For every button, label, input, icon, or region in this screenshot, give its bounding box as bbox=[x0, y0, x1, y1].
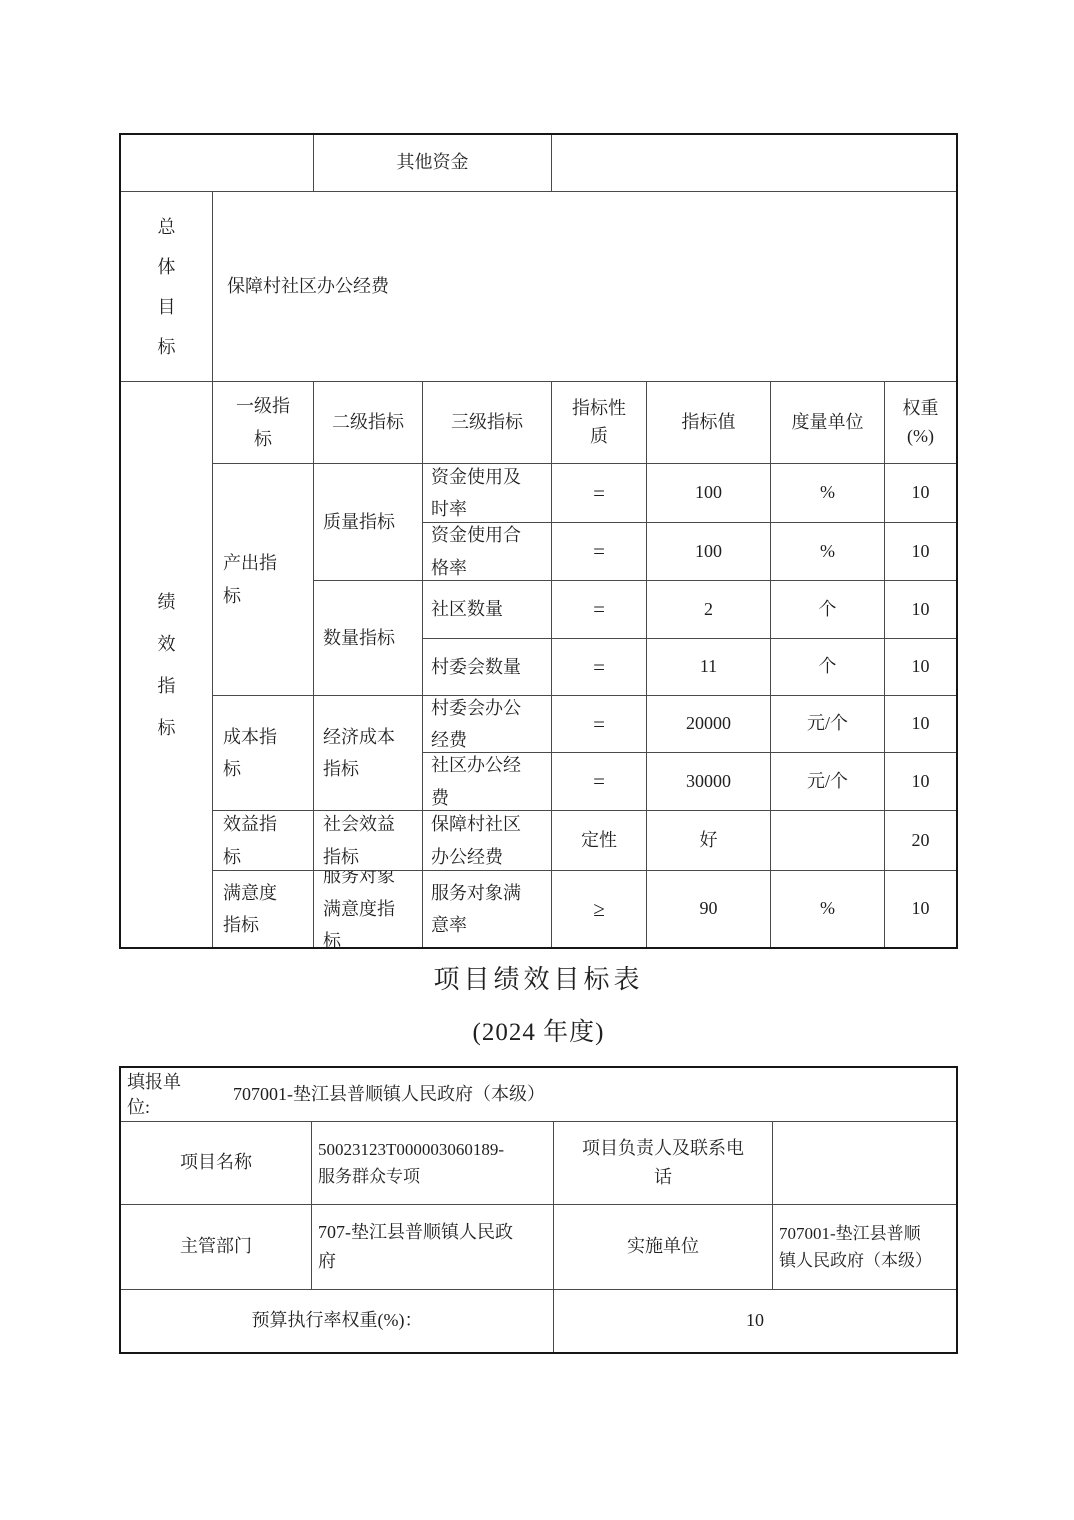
level2-quantity-indicator-cell: 数量指标 bbox=[314, 581, 423, 696]
filler-unit-value: 707001-垫江县普顺镇人民政府（本级） bbox=[233, 1081, 545, 1109]
filler-unit-label: 填报单位: bbox=[127, 1070, 189, 1119]
filler-unit-row: 填报单位: 707001-垫江县普顺镇人民政府（本级） bbox=[121, 1068, 956, 1122]
measure-unit-cell: % bbox=[771, 464, 885, 523]
indicator-name-cell: 村委会办公经费 bbox=[423, 696, 552, 753]
performance-indicator-table: 其他资金 总体目标 保障村社区办公经费 绩效指标 一级指标 二级指标 三级指标 … bbox=[119, 133, 958, 949]
indicator-nature-cell: = bbox=[552, 753, 647, 811]
project-name-label-cell: 项目名称 bbox=[121, 1122, 312, 1205]
header-measure-unit: 度量单位 bbox=[771, 382, 885, 464]
measure-unit-cell: 元/个 bbox=[771, 753, 885, 811]
department-label-cell: 主管部门 bbox=[121, 1205, 312, 1290]
header-indicator-nature: 指标性质 bbox=[552, 382, 647, 464]
implementation-unit-label-cell: 实施单位 bbox=[554, 1205, 773, 1290]
weight-cell: 10 bbox=[885, 523, 956, 581]
indicator-value-cell: 100 bbox=[647, 464, 771, 523]
indicator-name-cell: 服务对象满意率 bbox=[423, 871, 552, 947]
header-indicator-value: 指标值 bbox=[647, 382, 771, 464]
level1-output-indicator-cell: 产出指标 bbox=[213, 464, 314, 696]
weight-cell: 10 bbox=[885, 581, 956, 639]
indicator-nature-cell: ≥ bbox=[552, 871, 647, 947]
other-funds-label-cell: 其他资金 bbox=[314, 135, 552, 192]
indicator-nature-cell: = bbox=[552, 639, 647, 696]
other-funds-empty-right-cell bbox=[552, 135, 956, 192]
indicator-value-cell: 90 bbox=[647, 871, 771, 947]
indicator-name-cell: 资金使用及时率 bbox=[423, 464, 552, 523]
performance-indicator-label: 绩效指标 bbox=[156, 581, 178, 749]
project-name-value-cell: 50023123T000003060189-服务群众专项 bbox=[312, 1122, 554, 1205]
measure-unit-cell: % bbox=[771, 523, 885, 581]
weight-cell: 20 bbox=[885, 811, 956, 871]
measure-unit-cell: 个 bbox=[771, 581, 885, 639]
weight-cell: 10 bbox=[885, 639, 956, 696]
overall-goal-value: 保障村社区办公经费 bbox=[227, 273, 389, 301]
measure-unit-cell: 个 bbox=[771, 639, 885, 696]
indicator-nature-cell: = bbox=[552, 464, 647, 523]
page-title: 项目绩效目标表 bbox=[119, 964, 958, 996]
project-contact-value-cell bbox=[773, 1122, 956, 1205]
indicator-name-cell: 资金使用合格率 bbox=[423, 523, 552, 581]
indicator-nature-cell: = bbox=[552, 581, 647, 639]
measure-unit-cell bbox=[771, 811, 885, 871]
level2-quality-indicator-cell: 质量指标 bbox=[314, 464, 423, 581]
performance-indicator-label-cell: 绩效指标 bbox=[121, 382, 213, 947]
header-level1-indicator: 一级指标 bbox=[213, 382, 314, 464]
indicator-value-cell: 11 bbox=[647, 639, 771, 696]
indicator-name-cell: 保障村社区办公经费 bbox=[423, 811, 552, 871]
level1-cost-indicator-cell: 成本指标 bbox=[213, 696, 314, 811]
indicator-value-cell: 30000 bbox=[647, 753, 771, 811]
other-funds-empty-left-cell bbox=[121, 135, 314, 192]
indicator-nature-cell: = bbox=[552, 696, 647, 753]
header-weight: 权重(%) bbox=[885, 382, 956, 464]
level1-benefit-indicator-cell: 效益指标 bbox=[213, 811, 314, 871]
department-value-cell: 707-垫江县普顺镇人民政府 bbox=[312, 1205, 554, 1290]
level2-social-benefit-indicator-cell: 社会效益指标 bbox=[314, 811, 423, 871]
weight-cell: 10 bbox=[885, 696, 956, 753]
overall-goal-label: 总体目标 bbox=[156, 207, 178, 367]
other-funds-label: 其他资金 bbox=[397, 149, 469, 177]
implementation-unit-value-cell: 707001-垫江县普顺镇人民政府（本级） bbox=[773, 1205, 956, 1290]
measure-unit-cell: % bbox=[771, 871, 885, 947]
level1-satisfaction-indicator-cell: 满意度指标 bbox=[213, 871, 314, 947]
page-subtitle: (2024 年度) bbox=[119, 1018, 958, 1048]
indicator-name-cell: 社区数量 bbox=[423, 581, 552, 639]
indicator-name-cell: 村委会数量 bbox=[423, 639, 552, 696]
measure-unit-cell: 元/个 bbox=[771, 696, 885, 753]
weight-cell: 10 bbox=[885, 464, 956, 523]
header-level3-indicator: 三级指标 bbox=[423, 382, 552, 464]
weight-cell: 10 bbox=[885, 871, 956, 947]
weight-cell: 10 bbox=[885, 753, 956, 811]
indicator-nature-cell: 定性 bbox=[552, 811, 647, 871]
header-level2-indicator: 二级指标 bbox=[314, 382, 423, 464]
indicator-value-cell: 2 bbox=[647, 581, 771, 639]
overall-goal-value-cell: 保障村社区办公经费 bbox=[213, 192, 956, 382]
indicator-value-cell: 20000 bbox=[647, 696, 771, 753]
budget-execution-weight-value-cell: 10 bbox=[554, 1290, 956, 1352]
indicator-value-cell: 好 bbox=[647, 811, 771, 871]
document-page: 其他资金 总体目标 保障村社区办公经费 绩效指标 一级指标 二级指标 三级指标 … bbox=[119, 133, 959, 1354]
budget-execution-weight-label-cell: 预算执行率权重(%)： bbox=[121, 1290, 554, 1352]
level2-service-satisfaction-indicator-cell: 服务对象满意度指标 bbox=[314, 871, 423, 947]
project-contact-label-cell: 项目负责人及联系电话 bbox=[554, 1122, 773, 1205]
overall-goal-label-cell: 总体目标 bbox=[121, 192, 213, 382]
indicator-name-cell: 社区办公经费 bbox=[423, 753, 552, 811]
level2-economic-cost-indicator-cell: 经济成本指标 bbox=[314, 696, 423, 811]
project-info-table: 填报单位: 707001-垫江县普顺镇人民政府（本级） 项目名称 5002312… bbox=[119, 1066, 958, 1354]
indicator-value-cell: 100 bbox=[647, 523, 771, 581]
indicator-nature-cell: = bbox=[552, 523, 647, 581]
